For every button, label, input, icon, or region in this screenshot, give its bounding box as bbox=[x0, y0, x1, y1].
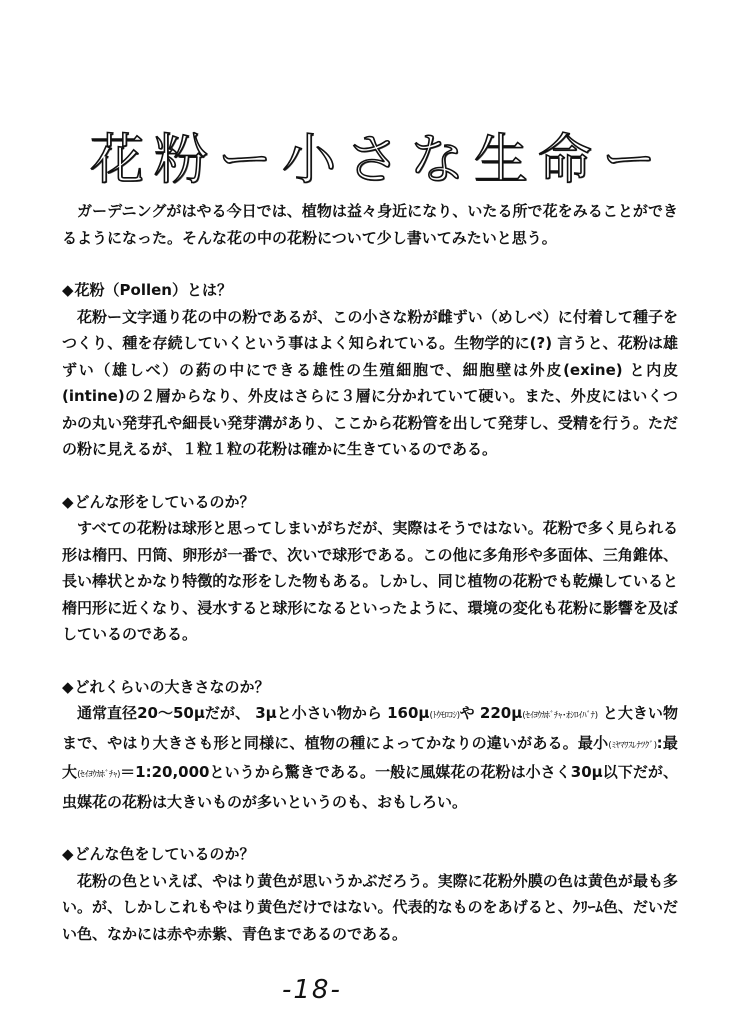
section-heading-text: 花粉（Pollen）とは？ bbox=[75, 281, 232, 299]
section-paragraph: 花粉ー文字通り花の中の粉であるが、この小さな粉が雌ずい（めしべ）に付着して種子を… bbox=[62, 304, 678, 463]
section-heading: ◆どれくらいの大きさなのか？ bbox=[62, 674, 678, 701]
section-size: ◆どれくらいの大きさなのか？ 通常直径20～50μだが、 3μと小さい物から 1… bbox=[62, 674, 678, 816]
section-heading: ◆どんな形をしているのか？ bbox=[62, 489, 678, 516]
section-paragraph: すべての花粉は球形と思ってしまいがちだが、実際はそうではない。花粉で多く見られる… bbox=[62, 515, 678, 648]
section-what-is-pollen: ◆花粉（Pollen）とは？ 花粉ー文字通り花の中の粉であるが、この小さな粉が雌… bbox=[62, 277, 678, 463]
section-heading-text: どんな形をしているのか？ bbox=[75, 493, 255, 511]
text-run: 通常直径20～50μだが、 3μと小さい物から 160μ bbox=[77, 704, 429, 722]
section-shape: ◆どんな形をしているのか？ すべての花粉は球形と思ってしまいがちだが、実際はそう… bbox=[62, 489, 678, 648]
diamond-bullet-icon: ◆ bbox=[62, 277, 74, 304]
section-heading-text: どれくらいの大きさなのか？ bbox=[75, 678, 270, 696]
section-color: ◆どんな色をしているのか？ 花粉の色といえば、やはり黄色が思いうかぶだろう。実際… bbox=[62, 841, 678, 947]
intro-paragraph: ガーデニングがはやる今日では、植物は益々身近になり、いたる所で花をみることができ… bbox=[62, 198, 678, 251]
plant-name-note: (ｾｲﾖｳｶﾎﾞﾁｬ･ｵｼﾛｲﾊﾞﾅ) bbox=[522, 711, 597, 721]
diamond-bullet-icon: ◆ bbox=[62, 674, 74, 701]
section-paragraph: 花粉の色といえば、やはり黄色が思いうかぶだろう。実際に花粉外膜の色は黄色が最も多… bbox=[62, 868, 678, 948]
section-paragraph: 通常直径20～50μだが、 3μと小さい物から 160μ(ﾄｳﾓﾛｺｼ)や 22… bbox=[62, 700, 678, 815]
article-body: ガーデニングがはやる今日では、植物は益々身近になり、いたる所で花をみることができ… bbox=[62, 198, 678, 947]
page-number: -18- bbox=[282, 975, 342, 1005]
plant-name-note: (ﾄｳﾓﾛｺｼ) bbox=[429, 711, 459, 721]
section-heading: ◆花粉（Pollen）とは？ bbox=[62, 277, 678, 304]
diamond-bullet-icon: ◆ bbox=[62, 841, 74, 868]
text-run: や 220μ bbox=[460, 704, 523, 722]
section-heading-text: どんな色をしているのか？ bbox=[75, 845, 255, 863]
text-run: ＝1:20,000というから驚きである。一般に風媒花の花粉は小さく30μ以下だが… bbox=[62, 763, 678, 811]
plant-name-note: (ｾｲﾖｳｶﾎﾞﾁｬ) bbox=[77, 770, 120, 780]
section-heading: ◆どんな色をしているのか？ bbox=[62, 841, 678, 868]
plant-name-note: (ﾐﾔﾏﾜｽﾚﾅﾂｸﾞ) bbox=[608, 741, 656, 751]
diamond-bullet-icon: ◆ bbox=[62, 489, 74, 516]
page-title: 花粉ー小さな生命ー bbox=[90, 128, 650, 192]
